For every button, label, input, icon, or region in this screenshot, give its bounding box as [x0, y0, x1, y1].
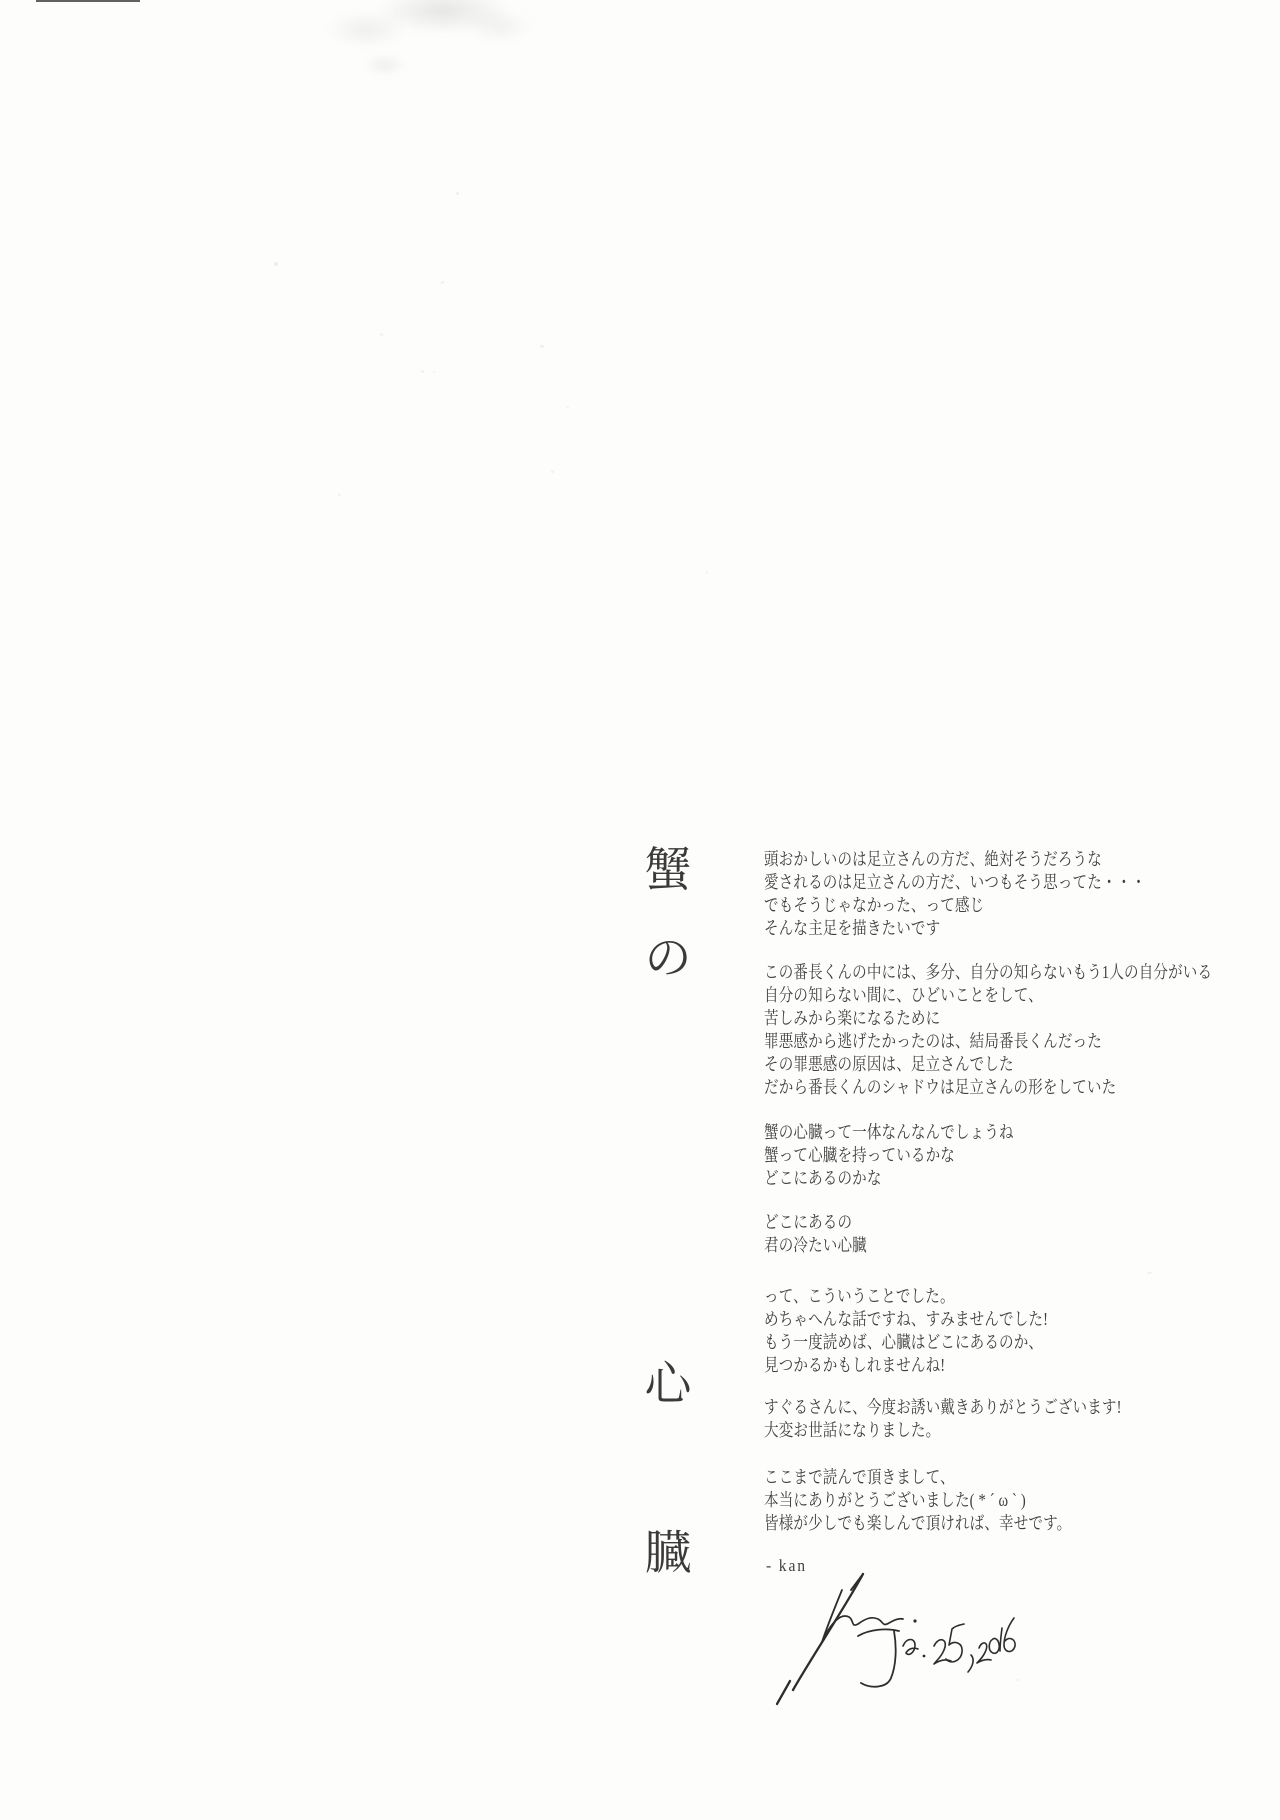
scan-artifact-speck — [1147, 1272, 1152, 1274]
afterword-line: ここまで読んで頂きまして、 — [764, 1466, 1071, 1489]
afterword-line: でもそうじゃなかった、って感じ — [764, 894, 1146, 917]
afterword-line: 頭おかしいのは足立さんの方だ、絶対そうだろうな — [764, 848, 1146, 871]
date-stroke — [946, 1624, 964, 1662]
scan-artifact-smudge — [295, 0, 535, 54]
afterword-paragraph: どこにあるの君の冷たい心臓 — [764, 1211, 867, 1257]
afterword-line: 皆様が少しでも楽しんで頂ければ、幸せです。 — [764, 1512, 1071, 1535]
afterword-line: 蟹って心臓を持っているかな — [764, 1144, 1014, 1167]
date-stroke — [1000, 1628, 1002, 1651]
date-dot — [923, 1655, 926, 1658]
signature-stroke — [851, 1574, 863, 1590]
afterword-line: その罪悪感の原因は、足立さんでした — [764, 1053, 1212, 1076]
scan-artifact-speck — [540, 345, 544, 348]
scan-artifact-speck — [441, 281, 444, 284]
scanned-page: 蟹の心臓 頭おかしいのは足立さんの方だ、絶対そうだろうな愛されるのは足立さんの方… — [0, 0, 1280, 1820]
scan-artifact-speck — [551, 470, 554, 473]
scan-artifact-speck — [456, 192, 459, 195]
afterword-line: どこにあるの — [764, 1211, 867, 1234]
date-stroke — [858, 1629, 899, 1636]
date-stroke — [968, 1655, 973, 1672]
afterword-paragraph: って、こういうことでした。めちゃへんな話ですね、すみませんでした!もう一度読めば… — [764, 1285, 1048, 1377]
title-char: 蟹 — [640, 848, 696, 895]
afterword-line: 蟹の心臓って一体なんなんでしょうね — [764, 1121, 1014, 1144]
scan-artifact-smudge — [350, 48, 420, 82]
afterword-line: 本当にありがとうございました( * ´ ω ` ) — [764, 1489, 1071, 1512]
afterword-line: もう一度読めば、心臓はどこにあるのか、 — [764, 1331, 1048, 1354]
date-stroke — [1004, 1618, 1015, 1652]
scan-artifact-speck — [566, 406, 569, 408]
afterword-paragraph: 頭おかしいのは足立さんの方だ、絶対そうだろうな愛されるのは足立さんの方だ、いつも… — [764, 848, 1146, 940]
afterword-line: すぐるさんに、今度お誘い戴きありがとうございます! — [764, 1396, 1122, 1419]
afterword-line: この番長くんの中には、多分、自分の知らないもう1人の自分がいる — [764, 961, 1212, 984]
date-stroke — [903, 1640, 918, 1655]
date-stroke — [989, 1638, 999, 1653]
signature-handwriting — [755, 1552, 1055, 1717]
scan-artifact-speck — [380, 333, 383, 336]
afterword-line: 罪悪感から逃げたかったのは、結局番長くんだった — [764, 1030, 1212, 1053]
title-char: 臓 — [640, 1531, 696, 1578]
afterword-paragraph: すぐるさんに、今度お誘い戴きありがとうございます!大変お世話になりました。 — [764, 1396, 1122, 1442]
title-char: の — [640, 936, 696, 983]
afterword-line: 自分の知らない間に、ひどいことをして、 — [764, 984, 1212, 1007]
scan-artifact-speck — [705, 571, 708, 574]
afterword-line: だから番長くんのシャドウは足立さんの形をしていた — [764, 1076, 1212, 1099]
afterword-paragraph: 蟹の心臓って一体なんなんでしょうね蟹って心臓を持っているかなどこにあるのかな — [764, 1121, 1014, 1190]
afterword-line: 君の冷たい心臓 — [764, 1234, 867, 1257]
title-char: 心 — [640, 1362, 696, 1409]
date-stroke — [861, 1631, 896, 1687]
scan-artifact-speck — [274, 262, 278, 266]
afterword-paragraph: ここまで読んで頂きまして、本当にありがとうございました( * ´ ω ` )皆様… — [764, 1466, 1071, 1535]
afterword-line: 見つかるかもしれませんね! — [764, 1354, 1048, 1377]
scan-artifact-speck — [338, 493, 341, 496]
signature-stroke — [777, 1681, 790, 1704]
signature-dot — [913, 1619, 916, 1622]
scan-artifact-speck — [433, 371, 435, 373]
scan-artifact-speck — [421, 370, 424, 373]
afterword-line: 苦しみから楽になるために — [764, 1007, 1212, 1030]
afterword-line: 愛されるのは足立さんの方だ、いつもそう思ってた・・・ — [764, 871, 1146, 894]
afterword-paragraph: この番長くんの中には、多分、自分の知らないもう1人の自分がいる自分の知らない間に… — [764, 961, 1212, 1099]
afterword-line: めちゃへんな話ですね、すみませんでした! — [764, 1308, 1048, 1331]
afterword-line: 大変お世話になりました。 — [764, 1419, 1122, 1442]
afterword-line: そんな主足を描きたいです — [764, 917, 1146, 940]
afterword-line: どこにあるのかな — [764, 1167, 1014, 1190]
scan-artifact-line — [36, 0, 140, 2]
afterword-line: って、こういうことでした。 — [764, 1285, 1048, 1308]
